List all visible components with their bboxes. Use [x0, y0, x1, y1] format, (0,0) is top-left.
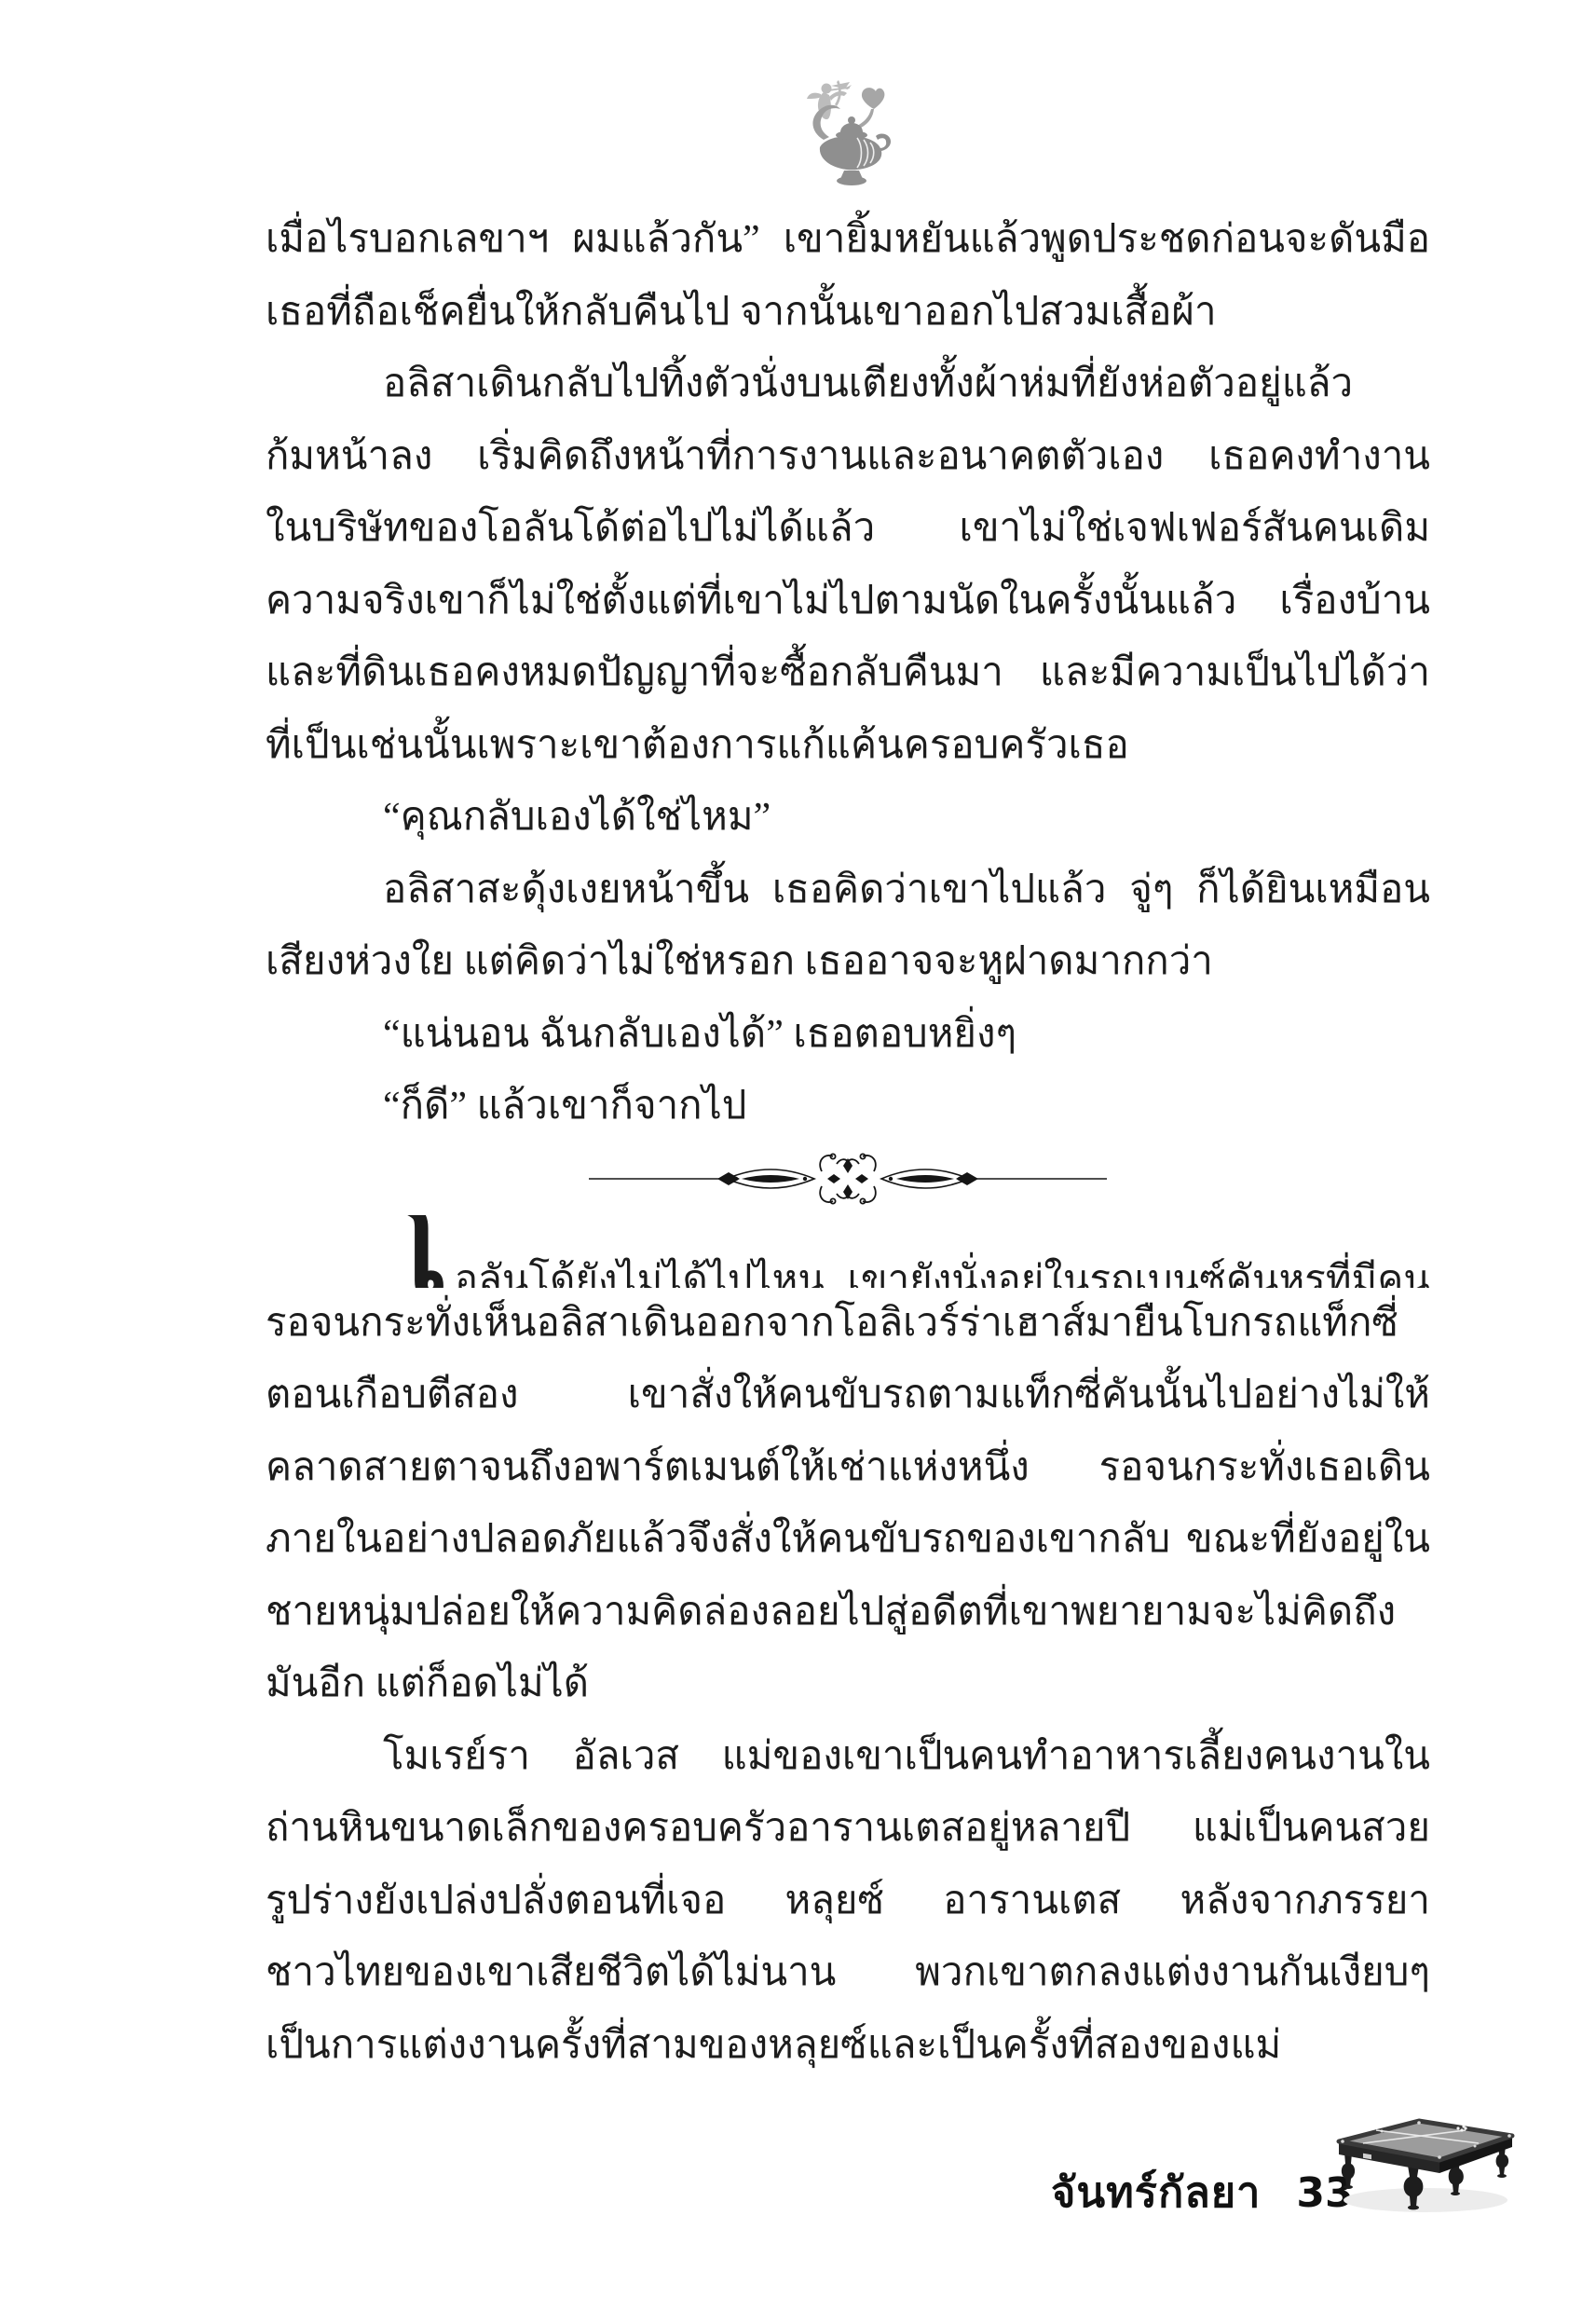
- text-line: ก้มหน้าลง เริ่มคิดถึงหน้าที่การงานและอนา…: [266, 421, 1430, 494]
- book-page: เมื่อไรบอกเลขาฯ ผมแล้วกัน” เขายิ้มหยันแล…: [0, 0, 1596, 2311]
- text-line: ในบริษัทของโอลันโด้ต่อไปไม่ได้แล้ว เขาไม…: [266, 493, 1430, 566]
- text-line: โมเรย์รา อัลเวส แม่ของเขาเป็นคนทำอาหารเล…: [266, 1721, 1430, 1794]
- text-line: อลิสาสะดุ้งเงยหน้าขึ้น เธอคิดว่าเขาไปแล้…: [266, 855, 1430, 927]
- text-column-lower: โอลันโด้ยังไม่ได้ไปไหน เขายังนั่งอยู่ในร…: [266, 1215, 1430, 2082]
- text-line: ตอนเกือบตีสอง เขาสั่งให้คนขับรถตามแท็กซี…: [266, 1360, 1430, 1432]
- text-line: มันอีก แต่ก็อดไม่ได้: [266, 1648, 1430, 1721]
- billiard-table-image: [1328, 2106, 1523, 2218]
- text-line: เป็นการแต่งงานครั้งที่สามของหลุยซ์และเป็…: [266, 2010, 1430, 2083]
- text-line: ที่เป็นเช่นนั้นเพราะเขาต้องการแก้แค้นครอ…: [266, 710, 1430, 783]
- text-line: ภายในอย่างปลอดภัยแล้วจึงสั่งให้คนขับรถขอ…: [266, 1504, 1430, 1577]
- footer: จันทร์กัลยา 33: [1051, 2158, 1354, 2225]
- text-line: คลาดสายตาจนถึงอพาร์ตเมนต์ให้เช่าแห่งหนึ่…: [266, 1432, 1430, 1505]
- text-line: เธอที่ถือเช็คยื่นให้กลับคืนไป จากนั้นเขา…: [266, 277, 1430, 349]
- book-title: จันทร์กัลยา: [1051, 2158, 1261, 2225]
- text-line: ถ่านหินขนาดเล็กของครอบครัวอารานเตสอยู่หล…: [266, 1793, 1430, 1866]
- text-line: รอจนกระทั่งเห็นอลิสาเดินออกจากโอลิเวร์ร่…: [266, 1288, 1430, 1361]
- text-column-upper: เมื่อไรบอกเลขาฯ ผมแล้วกัน” เขายิ้มหยันแล…: [266, 204, 1430, 1143]
- flourish-divider-icon: [587, 1149, 1109, 1209]
- text-line: อลิสาเดินกลับไปทิ้งตัวนั่งบนเตียงทั้งผ้า…: [266, 349, 1430, 421]
- text-line: เมื่อไรบอกเลขาฯ ผมแล้วกัน” เขายิ้มหยันแล…: [266, 204, 1430, 277]
- text-line: และที่ดินเธอคงหมดปัญญาที่จะซื้อกลับคืนมา…: [266, 637, 1430, 710]
- text-line: ชายหนุ่มปล่อยให้ความคิดล่องลอยไปสู่อดีตท…: [266, 1577, 1430, 1649]
- text-line: ความจริงเขาก็ไม่ใช่ตั้งแต่ที่เขาไม่ไปตาม…: [266, 566, 1430, 638]
- text-line: “คุณกลับเองได้ใช่ไหม”: [266, 782, 1430, 855]
- text-line: รูปร่างยังเปล่งปลั่งตอนที่เจอ หลุยซ์ อาร…: [266, 1866, 1430, 1938]
- text-line: “แน่นอน ฉันกลับเองได้” เธอตอบหยิ่งๆ: [266, 999, 1430, 1072]
- text-line: เสียงห่วงใย แต่คิดว่าไม่ใช่หรอก เธออาจจะ…: [266, 926, 1430, 999]
- genie-lamp-cupid-heart-icon: [796, 78, 900, 188]
- text-line: “ก็ดี” แล้วเขาก็จากไป: [266, 1071, 1430, 1143]
- section-divider: [266, 1146, 1430, 1211]
- drop-cap: โ: [383, 1219, 455, 1288]
- text-line: ชาวไทยของเขาเสียชีวิตได้ไม่นาน พวกเขาตกล…: [266, 1937, 1430, 2010]
- text-line-dropcap: โอลันโด้ยังไม่ได้ไปไหน เขายังนั่งอยู่ในร…: [266, 1215, 1430, 1288]
- header-ornament: [266, 78, 1430, 188]
